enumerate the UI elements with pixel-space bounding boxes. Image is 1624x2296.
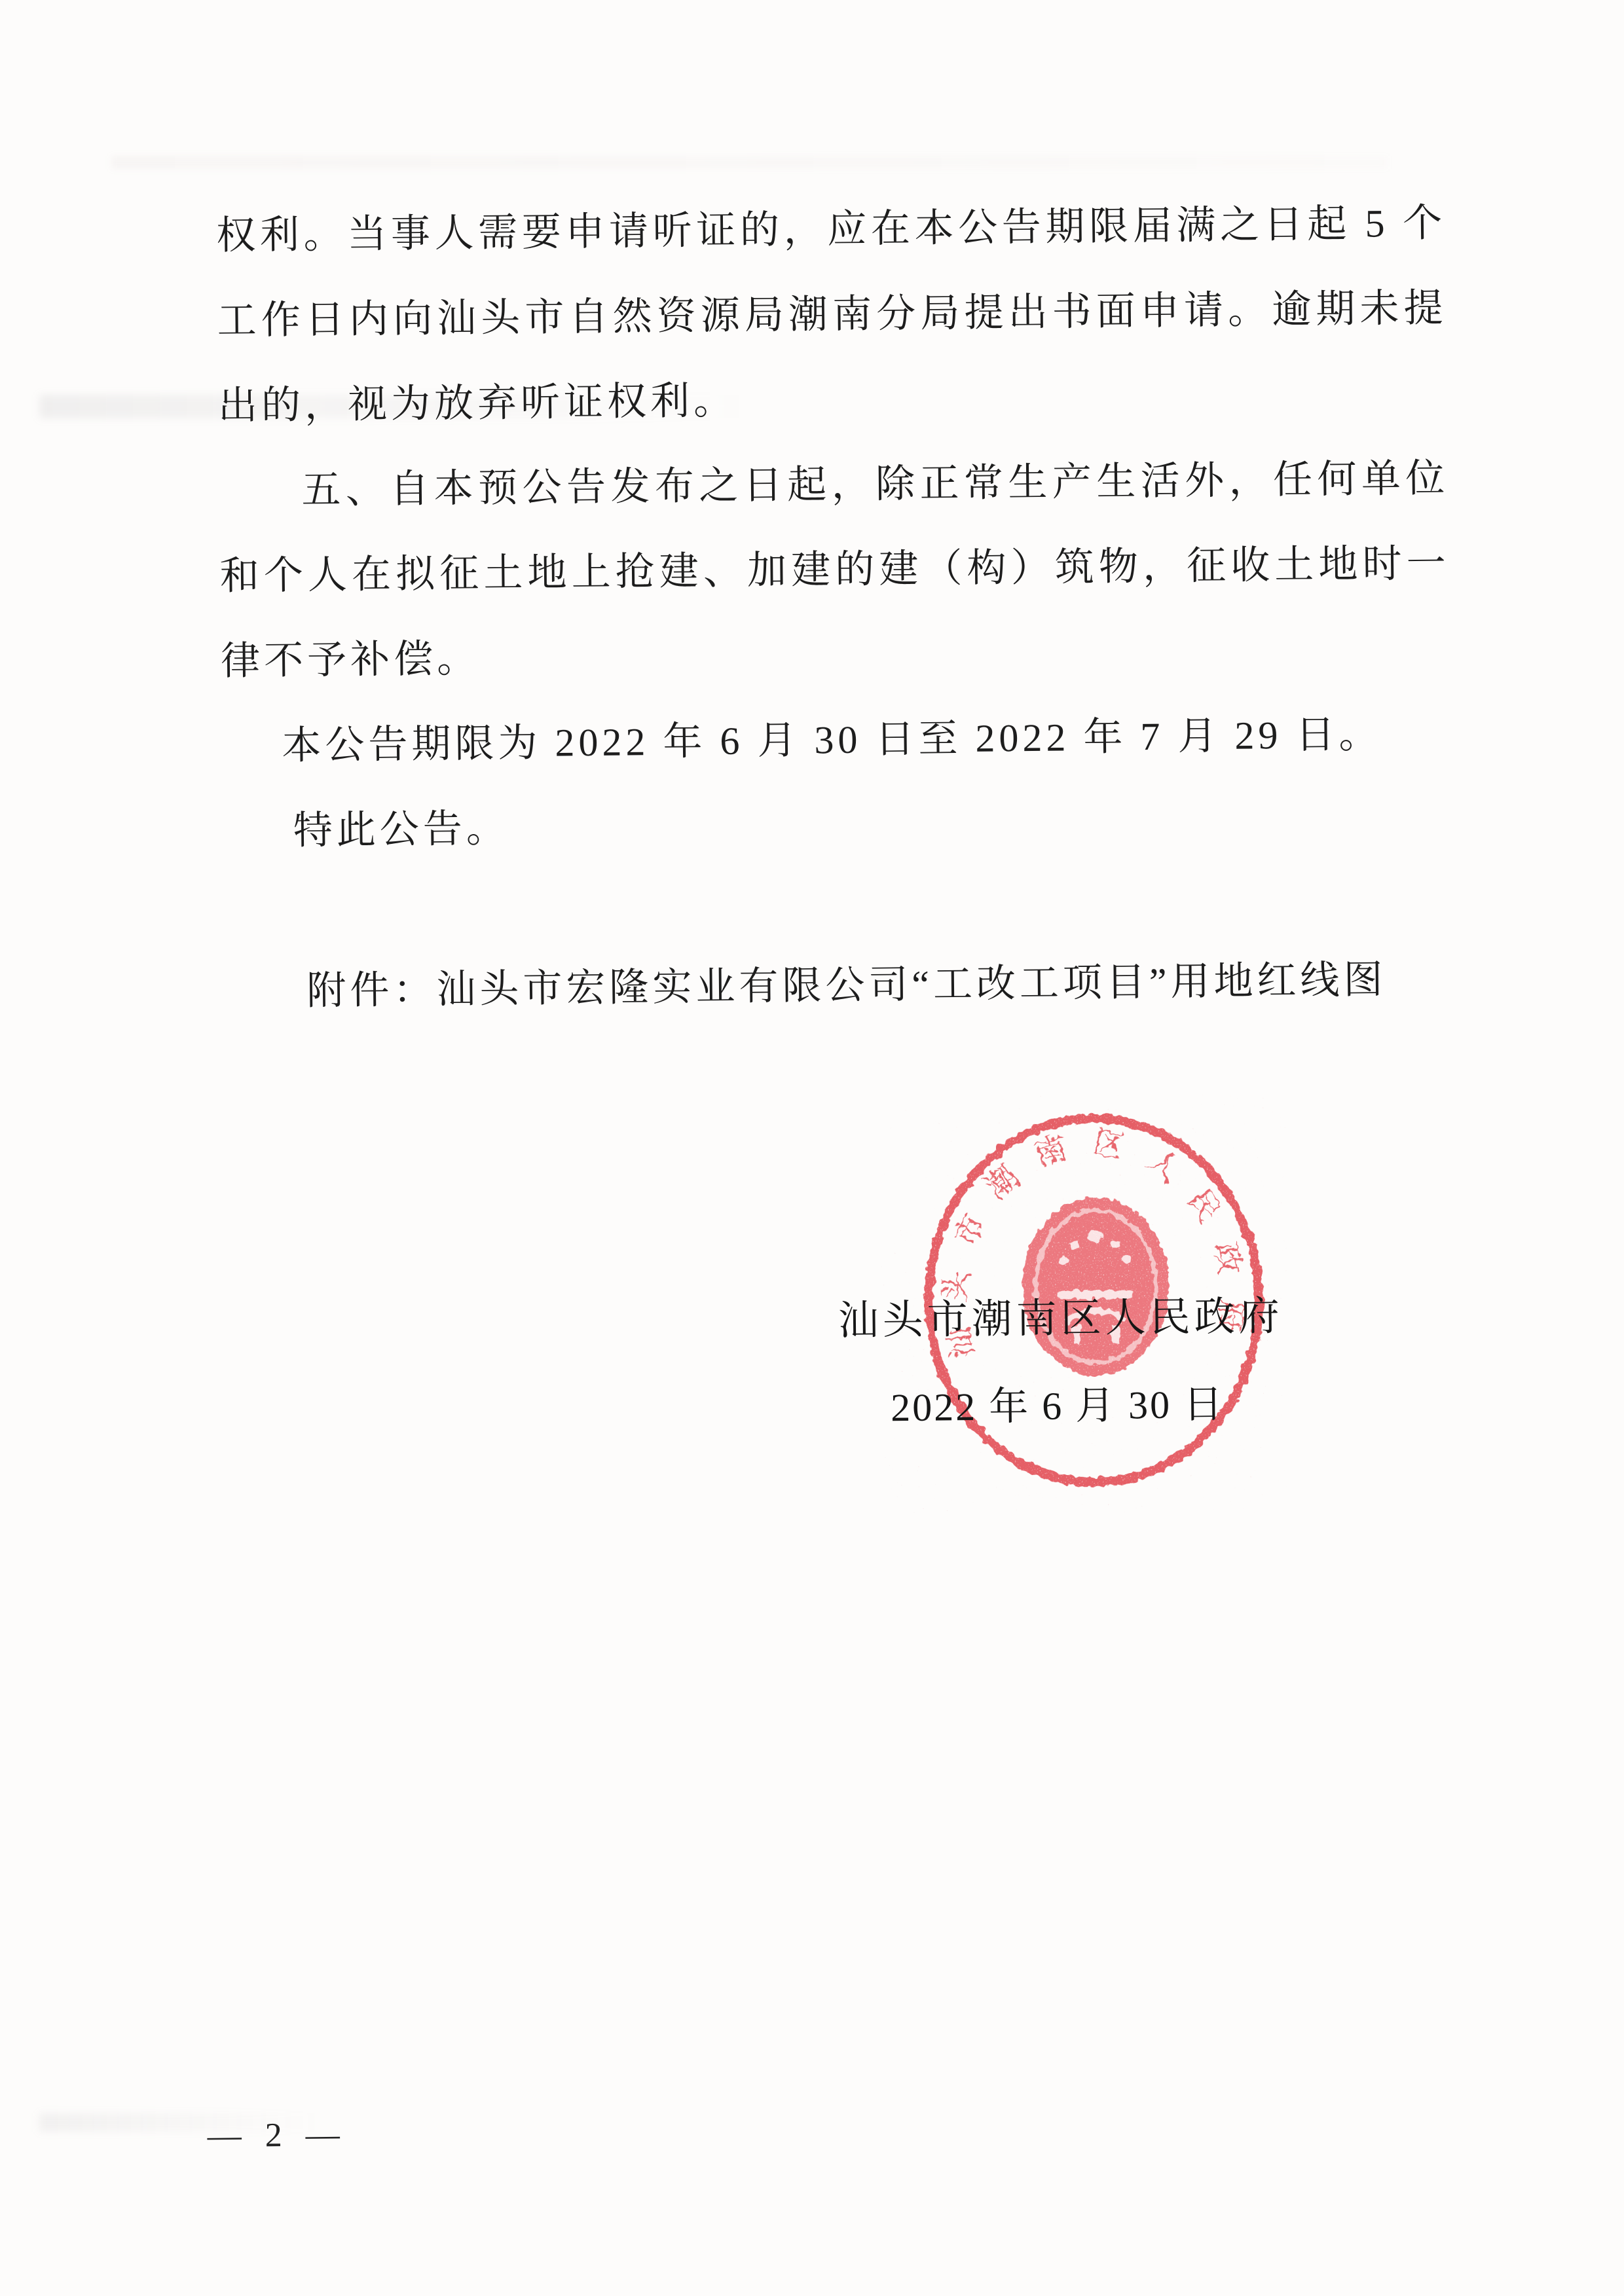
body-line-3: 出的，视为放弃听证权利。 (218, 373, 1449, 426)
notice-period-line: 本公告期限为 2022 年 6 月 30 日至 2022 年 7 月 29 日。 (221, 714, 1452, 766)
footer-dash: — (305, 2118, 340, 2153)
body-line-4: 五、自本预公告发布之日起，除正常生产生活外，任何单位 (219, 458, 1449, 511)
page-footer: — 2 — (207, 2118, 340, 2153)
scanned-announcement-page: 权利。当事人需要申请听证的，应在本公告期限届满之日起 5 个 工作日内向汕头市自… (0, 0, 1624, 2296)
page-content: 权利。当事人需要申请听证的，应在本公告期限届满之日起 5 个 工作日内向汕头市自… (0, 0, 1624, 2296)
closing-line: 特此公告。 (223, 799, 1453, 851)
footer-dash: — (207, 2119, 242, 2154)
signature-date: 2022 年 6 月 30 日 (891, 1385, 1225, 1427)
body-line-6: 律不予补偿。 (221, 629, 1451, 681)
body-line-5: 和个人在拟征土地上抢建、加建的建（构）筑物，征收土地时一 (219, 543, 1450, 596)
attachment-line: 附件：汕头市宏隆实业有限公司“工改工项目”用地红线图 (224, 959, 1454, 1011)
body-line-1: 权利。当事人需要申请听证的，应在本公告期限届满之日起 5 个 (216, 203, 1447, 255)
page-number: 2 (265, 2119, 282, 2153)
signature-issuer: 汕头市潮南区人民政府 (838, 1296, 1283, 1341)
body-line-2: 工作日内向汕头市自然资源局潮南分局提出书面申请。逾期未提 (217, 288, 1447, 340)
